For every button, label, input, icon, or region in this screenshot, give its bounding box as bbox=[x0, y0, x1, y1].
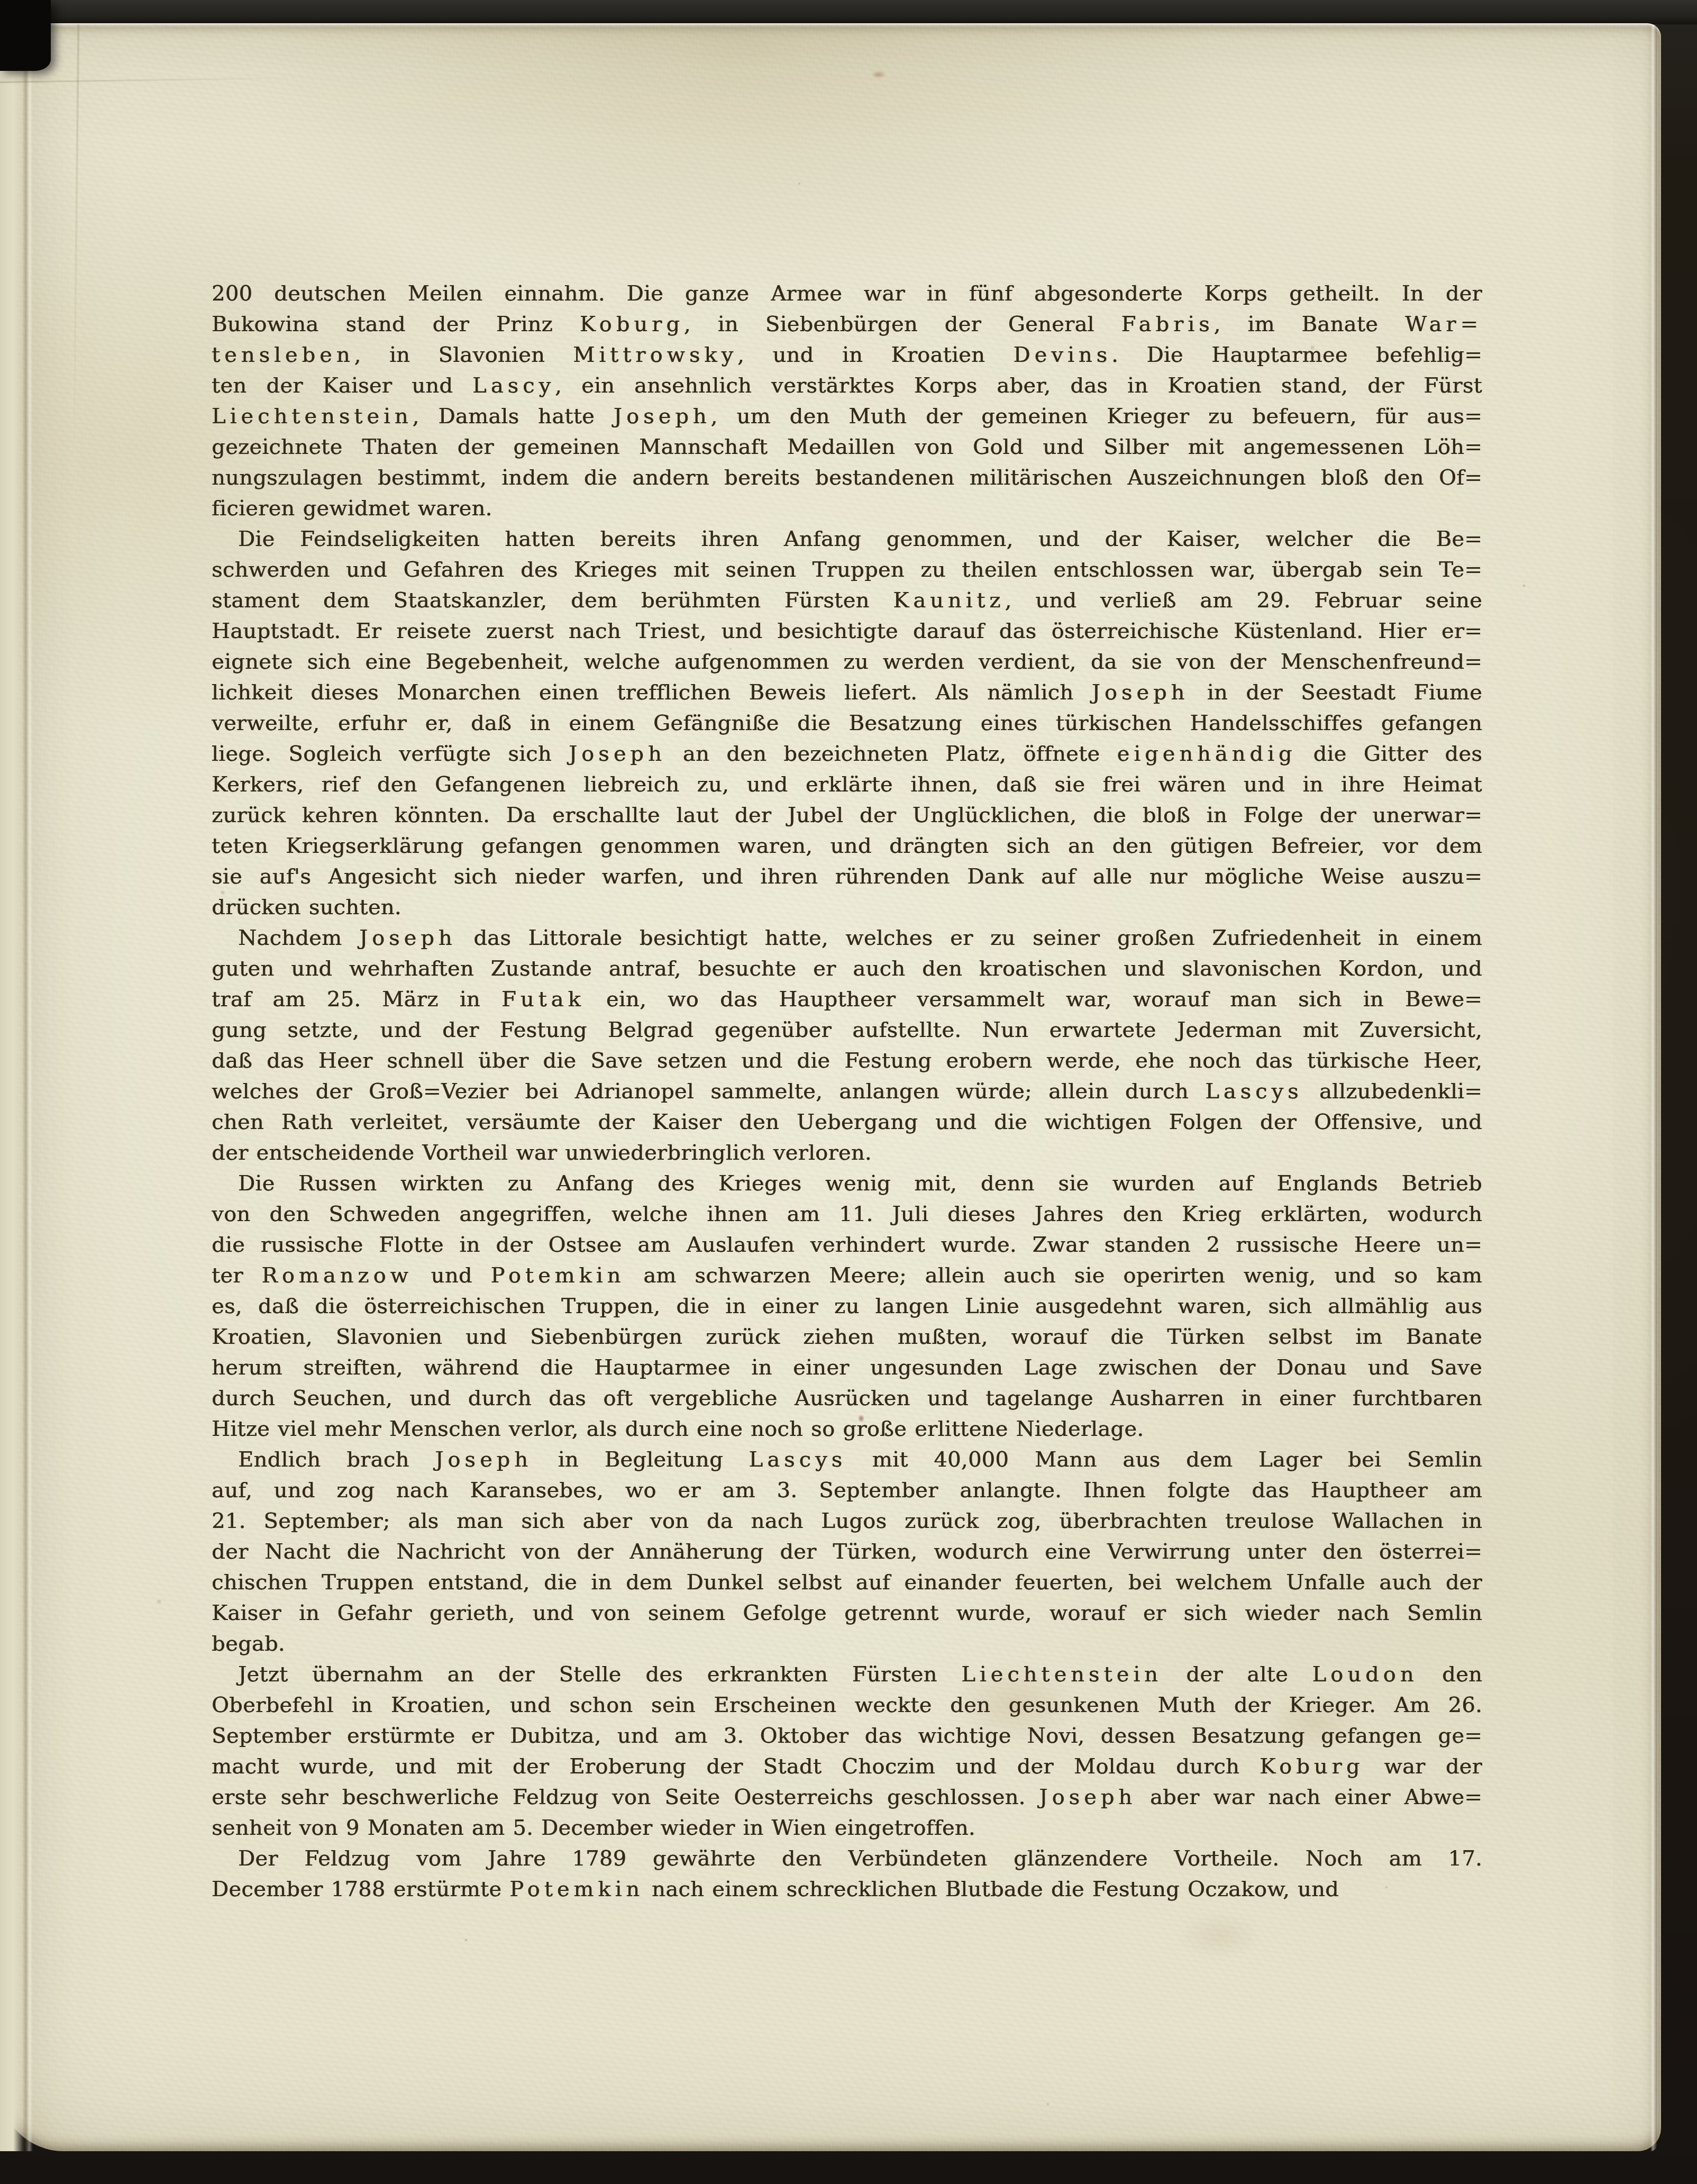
text-line: traf am 25. März in Futak ein, wo das Ha… bbox=[212, 984, 1482, 1015]
letterspaced-name: Lascy bbox=[472, 374, 555, 398]
letterspaced-name: Futak bbox=[501, 987, 585, 1012]
letterspaced-name: Loudon bbox=[1312, 1662, 1418, 1687]
text-line: gezeichnete Thaten der gemeinen Mannscha… bbox=[212, 432, 1482, 462]
letterspaced-name: Joseph bbox=[435, 1448, 532, 1472]
text-line: der entscheidende Vortheil war unwiederb… bbox=[212, 1137, 1482, 1168]
letterspaced-name: Potemkin bbox=[509, 1877, 644, 1901]
text-line: teten Kriegserklärung gefangen genommen … bbox=[212, 831, 1482, 861]
text-line: Liechtenstein, Damals hatte Joseph, um d… bbox=[212, 401, 1482, 432]
letterspaced-name: Koburg bbox=[1260, 1754, 1364, 1779]
text-line: eignete sich eine Begebenheit, welche au… bbox=[212, 647, 1482, 677]
text-line: nungszulagen bestimmt, indem die andern … bbox=[212, 462, 1482, 493]
text-line: ter Romanzow und Potemkin am schwarzen M… bbox=[212, 1260, 1482, 1291]
text-line: Die Russen wirkten zu Anfang des Krieges… bbox=[212, 1168, 1482, 1199]
text-line: Nachdem Joseph das Littorale besichtigt … bbox=[212, 923, 1482, 953]
text-line: senheit von 9 Monaten am 5. December wie… bbox=[212, 1813, 1482, 1843]
text-line: der Nacht die Nachricht von der Annäheru… bbox=[212, 1536, 1482, 1567]
text-line: Bukowina stand der Prinz Koburg, in Sieb… bbox=[212, 309, 1482, 340]
text-line: auf, und zog nach Karansebes, wo er am 3… bbox=[212, 1475, 1482, 1506]
letterspaced-name: Koburg bbox=[580, 312, 684, 336]
letterspaced-name: Devins bbox=[1014, 343, 1111, 367]
text-line: zurück kehren könnten. Da erschallte lau… bbox=[212, 800, 1482, 831]
letterspaced-name: Joseph bbox=[1092, 680, 1189, 705]
text-line: ten der Kaiser und Lascy, ein ansehnlich… bbox=[212, 370, 1482, 401]
letterspaced-name: Lascys bbox=[1205, 1079, 1302, 1104]
letterspaced-name: Joseph bbox=[569, 742, 666, 766]
facing-page-edge bbox=[0, 24, 24, 2151]
text-line: herum streiften, während die Hauptarmee … bbox=[212, 1352, 1482, 1383]
letterspaced-name: Liechtenstein bbox=[961, 1662, 1162, 1687]
paper-crease-horizontal bbox=[0, 77, 296, 83]
text-line: Oberbefehl in Kroatien, und schon sein E… bbox=[212, 1690, 1482, 1721]
text-line: guten und wehrhaften Zustande antraf, be… bbox=[212, 953, 1482, 984]
binding-corner-shadow bbox=[0, 0, 51, 71]
text-line: September erstürmte er Dubitza, und am 3… bbox=[212, 1721, 1482, 1751]
text-line: chischen Truppen entstand, die in dem Du… bbox=[212, 1567, 1482, 1598]
text-line: schwerden und Gefahren des Krieges mit s… bbox=[212, 554, 1482, 585]
book-page: 200 deutschen Meilen einnahm. Die ganze … bbox=[0, 23, 1661, 2151]
text-line: begab. bbox=[212, 1628, 1482, 1659]
letterspaced-name: Liechtenstein bbox=[212, 404, 413, 429]
text-line: liege. Sogleich verfügte sich Joseph an … bbox=[212, 739, 1482, 769]
text-line: Kroatien, Slavonien und Siebenbürgen zur… bbox=[212, 1322, 1482, 1352]
text-line: sie auf's Angesicht sich nieder warfen, … bbox=[212, 861, 1482, 892]
text-line: Hitze viel mehr Menschen verlor, als dur… bbox=[212, 1414, 1482, 1444]
text-line: Der Feldzug vom Jahre 1789 gewährte den … bbox=[212, 1843, 1482, 1874]
text-line: verweilte, erfuhr er, daß in einem Gefän… bbox=[212, 708, 1482, 739]
text-line: Kaiser in Gefahr gerieth, und von seinem… bbox=[212, 1598, 1482, 1628]
paper-crease-vertical bbox=[73, 24, 80, 458]
text-line: tensleben, in Slavonien Mittrowsky, und … bbox=[212, 340, 1482, 370]
text-line: 21. September; als man sich aber von da … bbox=[212, 1506, 1482, 1536]
letterspaced-name: Joseph bbox=[1039, 1785, 1136, 1809]
text-line: gung setzte, und der Festung Belgrad geg… bbox=[212, 1015, 1482, 1045]
page-gutter-crease bbox=[22, 24, 33, 2151]
scan-top-background bbox=[0, 0, 1697, 24]
letterspaced-name: Potemkin bbox=[490, 1263, 625, 1288]
scanned-book-photo: 200 deutschen Meilen einnahm. Die ganze … bbox=[0, 0, 1697, 2184]
letterspaced-name: Joseph bbox=[359, 926, 457, 950]
letterspaced-name: Lascys bbox=[749, 1448, 846, 1472]
text-line: erste sehr beschwerliche Feldzug von Sei… bbox=[212, 1782, 1482, 1813]
letterspaced-name: tensleben bbox=[212, 343, 354, 367]
text-line: die russische Flotte in der Ostsee am Au… bbox=[212, 1230, 1482, 1260]
text-line: drücken suchten. bbox=[212, 892, 1482, 923]
letterspaced-name: eigenhändig bbox=[1117, 742, 1296, 766]
paper-stain bbox=[1177, 1913, 1262, 1958]
text-line: 200 deutschen Meilen einnahm. Die ganze … bbox=[212, 278, 1482, 309]
letterspaced-name: Romanzow bbox=[262, 1263, 413, 1288]
text-line: Hauptstadt. Er reisete zuerst nach Tries… bbox=[212, 616, 1482, 647]
text-line: es, daß die österreichischen Truppen, di… bbox=[212, 1291, 1482, 1322]
text-line: stament dem Staatskanzler, dem berühmten… bbox=[212, 585, 1482, 616]
text-line: chen Rath verleitet, versäumte der Kaise… bbox=[212, 1107, 1482, 1137]
letterspaced-name: Kaunitz bbox=[893, 588, 1005, 613]
text-line: Endlich brach Joseph in Begleitung Lascy… bbox=[212, 1444, 1482, 1475]
text-line: macht wurde, und mit der Eroberung der S… bbox=[212, 1751, 1482, 1782]
text-line: December 1788 erstürmte Potemkin nach ei… bbox=[212, 1874, 1482, 1905]
page-text-block: 200 deutschen Meilen einnahm. Die ganze … bbox=[212, 278, 1482, 1905]
text-line: Kerkers, rief den Gefangenen liebreich z… bbox=[212, 769, 1482, 800]
text-line: welches der Groß=Vezier bei Adrianopel s… bbox=[212, 1076, 1482, 1107]
text-line: ficieren gewidmet waren. bbox=[212, 493, 1482, 524]
text-line: durch Seuchen, und durch das oft vergebl… bbox=[212, 1383, 1482, 1414]
text-line: lichkeit dieses Monarchen einen trefflic… bbox=[212, 677, 1482, 708]
text-line: Jetzt übernahm an der Stelle des erkrank… bbox=[212, 1659, 1482, 1690]
letterspaced-name: Mittrowsky bbox=[573, 343, 737, 367]
text-line: von den Schweden angegriffen, welche ihn… bbox=[212, 1199, 1482, 1230]
letterspaced-name: Fabris bbox=[1121, 312, 1214, 336]
text-line: Die Feindseligkeiten hatten bereits ihre… bbox=[212, 524, 1482, 554]
letterspaced-name: War= bbox=[1405, 312, 1482, 336]
paper-stain bbox=[872, 71, 886, 78]
letterspaced-name: Joseph bbox=[614, 404, 711, 429]
page-right-edge bbox=[1650, 24, 1657, 2151]
text-line: daß das Heer schnell über die Save setze… bbox=[212, 1045, 1482, 1076]
